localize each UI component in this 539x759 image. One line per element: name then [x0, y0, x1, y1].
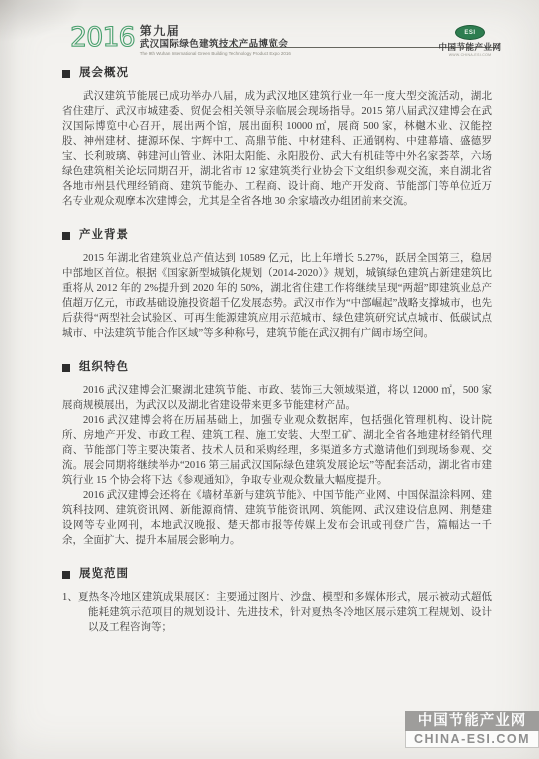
section-exhibition-scope: 展览范围 1、夏热冬冷地区建筑成果展区：主要通过图片、沙盘、模型和多媒体形式，展…	[62, 567, 492, 635]
square-bullet-icon	[62, 364, 70, 372]
document-content: 展会概况 武汉建筑节能展已成功举办八届，成为武汉地区建筑行业一年一度大型交流活动…	[62, 66, 492, 635]
square-bullet-icon	[62, 232, 70, 240]
expo-year-outline-text: 2016	[70, 24, 135, 56]
square-bullet-icon	[62, 70, 70, 78]
section-heading: 展会概况	[62, 66, 492, 81]
watermark-site-url: CHINA-ESI.COM	[405, 731, 539, 748]
section-organization-features: 组织特色 2016 武汉建博会汇聚湖北建筑节能、市政、装饰三大领域渠道，将以 1…	[62, 360, 492, 548]
section-heading-text: 组织特色	[79, 360, 129, 375]
section-overview: 展会概况 武汉建筑节能展已成功举办八届，成为武汉地区建筑行业一年一度大型交流活动…	[62, 66, 492, 209]
expo-edition: 第九届	[140, 25, 291, 38]
esi-logo: ESI 中国节能产业网 WWW.CHINA-ESI.COM	[435, 25, 505, 57]
expo-title-cn: 武汉国际绿色建筑技术产品博览会	[140, 39, 291, 50]
paragraph: 武汉建筑节能展已成功举办八届，成为武汉地区建筑行业一年一度大型交流活动，湖北省住…	[62, 89, 492, 209]
expo-logo: 2016 第九届 武汉国际绿色建筑技术产品博览会 The 9th Wuhan I…	[70, 24, 291, 56]
paragraph: 2016 武汉建博会汇聚湖北建筑节能、市政、装饰三大领域渠道，将以 12000 …	[62, 383, 492, 413]
watermark-site-name: 中国节能产业网	[405, 711, 539, 731]
section-heading: 产业背景	[62, 228, 492, 243]
section-heading: 展览范围	[62, 567, 492, 582]
esi-badge-text: ESI	[464, 30, 475, 36]
section-industry-background: 产业背景 2015 年湖北省建筑业总产值达到 10589 亿元，比上年增长 5.…	[62, 228, 492, 341]
expo-title-en: The 9th Wuhan International Green Buildi…	[140, 51, 291, 56]
section-heading-text: 产业背景	[79, 228, 129, 243]
paragraph: 2015 年湖北省建筑业总产值达到 10589 亿元，比上年增长 5.27%，跃…	[62, 251, 492, 341]
square-bullet-icon	[62, 571, 70, 579]
esi-logo-url: WWW.CHINA-ESI.COM	[435, 53, 505, 57]
numbered-list-item: 1、夏热冬冷地区建筑成果展区：主要通过图片、沙盘、模型和多媒体形式，展示被动式超…	[62, 590, 492, 635]
expo-titles: 第九届 武汉国际绿色建筑技术产品博览会 The 9th Wuhan Intern…	[140, 24, 291, 56]
section-heading: 组织特色	[62, 360, 492, 375]
document-page: 2016 第九届 武汉国际绿色建筑技术产品博览会 The 9th Wuhan I…	[0, 0, 539, 759]
esi-oval-badge-icon: ESI	[455, 25, 485, 40]
section-heading-text: 展会概况	[79, 66, 129, 81]
section-heading-text: 展览范围	[79, 567, 129, 582]
esi-logo-name: 中国节能产业网	[435, 43, 505, 52]
paragraph: 2016 武汉建博会还将在《墙材革新与建筑节能》、中国节能产业网、中国保温涂料网…	[62, 488, 492, 548]
paragraph: 2016 武汉建博会将在历届基础上，加强专业观众数据库，包括强化管理机构、设计院…	[62, 413, 492, 488]
watermark: 中国节能产业网 CHINA-ESI.COM	[405, 711, 539, 748]
